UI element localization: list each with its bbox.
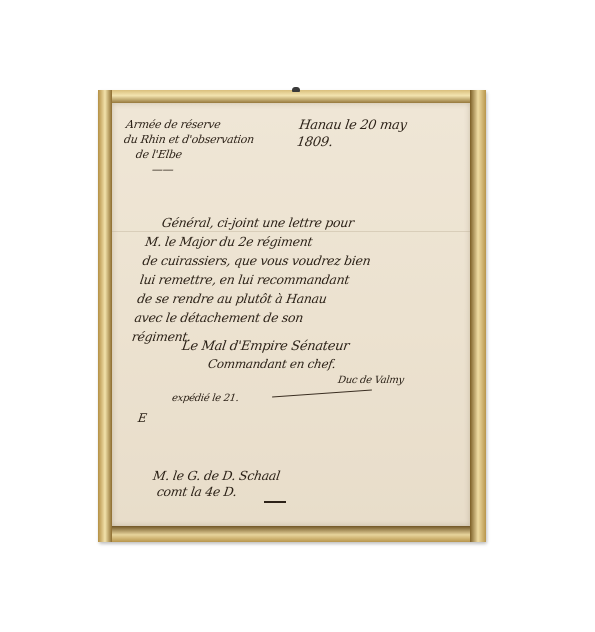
picture-frame: Armée de réserve du Rhin et d'observatio… (98, 90, 486, 542)
frame-left-edge (98, 90, 112, 542)
header-flourish: —— (151, 163, 174, 176)
signature-title: Le Mal d'Empire Sénateur (181, 339, 350, 354)
margin-mark: E (137, 411, 147, 425)
body-line: de se rendre au plutôt à Hanau (136, 289, 366, 308)
frame-right-edge (470, 90, 486, 542)
dateline-place-date: Hanau le 20 may (298, 117, 408, 134)
address-underline (264, 501, 286, 503)
signature-underline (272, 390, 372, 398)
body-line: de cuirassiers, que vous voudrez bien (141, 251, 371, 270)
letter-paper: Armée de réserve du Rhin et d'observatio… (112, 103, 470, 526)
body-line: Général, ci-joint une lettre pour (147, 213, 377, 232)
body-line: lui remettre, en lui recommandant (139, 270, 369, 289)
letter-dateline: Hanau le 20 may 1809. (296, 117, 408, 151)
header-left-line: Armée de réserve (125, 117, 257, 132)
body-line: M. le Major du 2e régiment (144, 232, 374, 251)
address-line: M. le G. de D. Schaal (152, 468, 281, 484)
signature-name: Duc de Valmy (337, 375, 404, 386)
dateline-year: 1809. (296, 134, 406, 151)
body-line: avec le détachement de son (133, 308, 363, 327)
hanging-hook-icon (292, 87, 300, 92)
letter-address: M. le G. de D. Schaal comt la 4e D. (150, 468, 281, 500)
frame-bottom-edge (98, 526, 486, 542)
signature-role: Commandant en chef. (207, 357, 337, 371)
letter-header-left: Armée de réserve du Rhin et d'observatio… (121, 117, 257, 162)
header-left-line: du Rhin et d'observation (123, 132, 255, 147)
frame-top-edge (98, 90, 486, 104)
dispatch-note: expédié le 21. (171, 393, 239, 404)
address-line: comt la 4e D. (150, 484, 279, 500)
letter-body: Général, ci-joint une lettre pour M. le … (131, 213, 377, 346)
header-left-line: de l'Elbe (121, 147, 253, 162)
